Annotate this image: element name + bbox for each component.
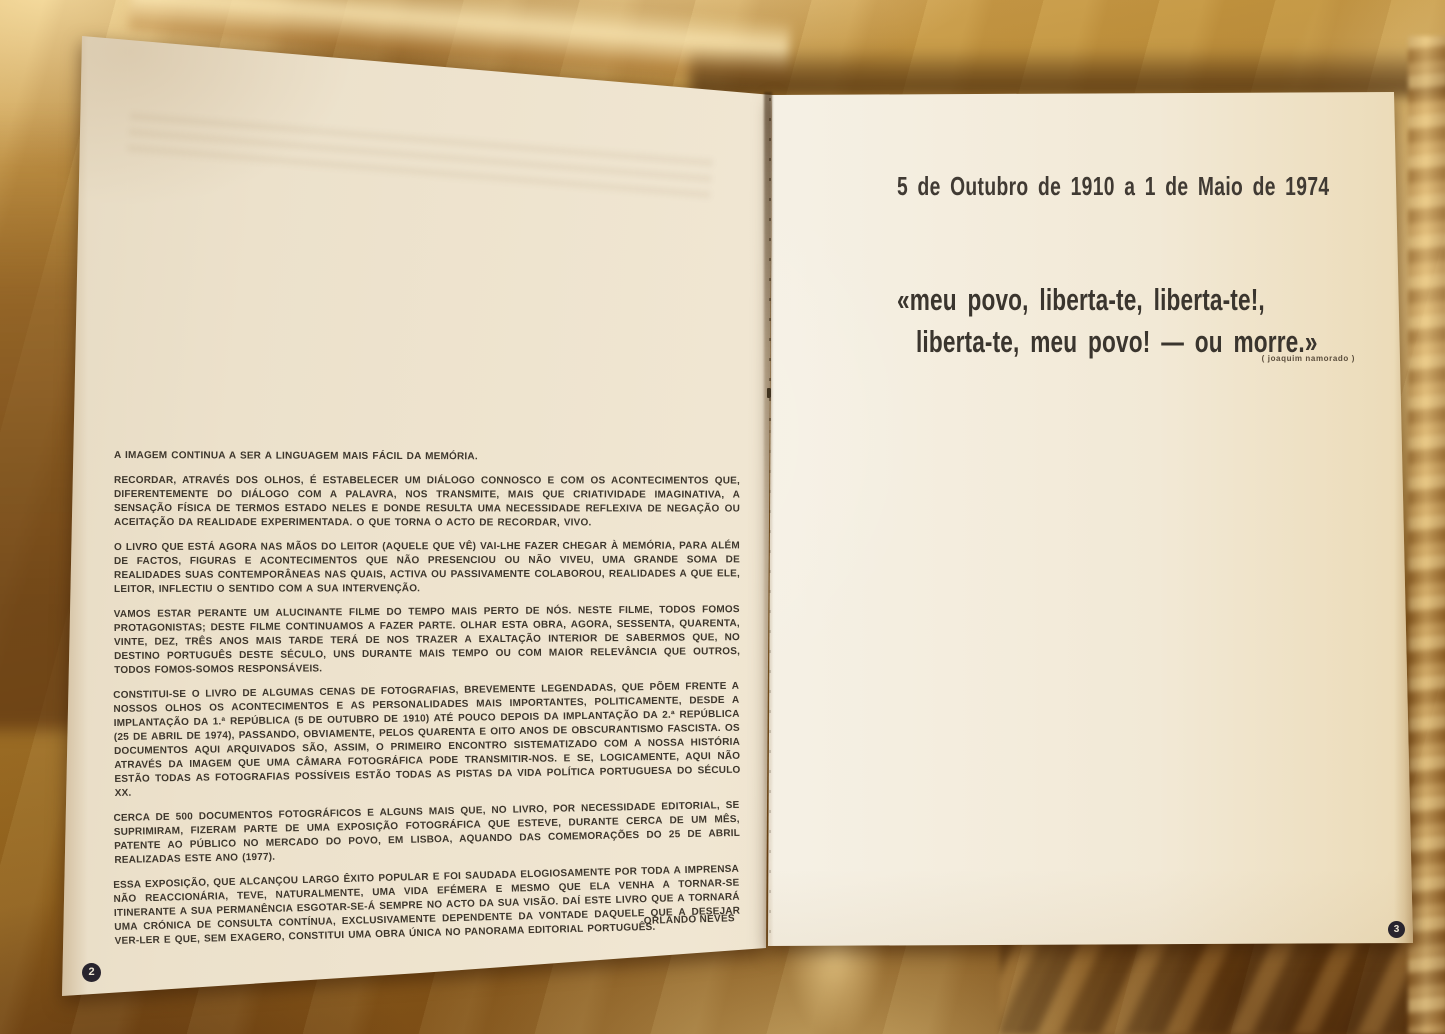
right-page-layer: 5 de Outubro de 1910 a 1 de Maio de 1974… <box>0 0 1445 1034</box>
date-range-title: 5 de Outubro de 1910 a 1 de Maio de 1974 <box>897 171 1329 202</box>
binding-stitches-bottom <box>769 430 771 938</box>
book-photo-scene: A IMAGEM CONTINUA A SER A LINGUAGEM MAIS… <box>0 0 1445 1034</box>
quote-line-1: «meu povo, liberta-te, liberta-te!, <box>897 282 1265 318</box>
page-number-badge-right: 3 <box>1388 921 1405 938</box>
right-page-edge-shading <box>1394 92 1413 944</box>
binding-stitches-top <box>769 98 771 430</box>
quote-attribution: ( joaquim namorado ) <box>1210 354 1355 363</box>
right-page: 5 de Outubro de 1910 a 1 de Maio de 1974… <box>0 0 1445 1034</box>
binding-staple <box>767 388 771 398</box>
